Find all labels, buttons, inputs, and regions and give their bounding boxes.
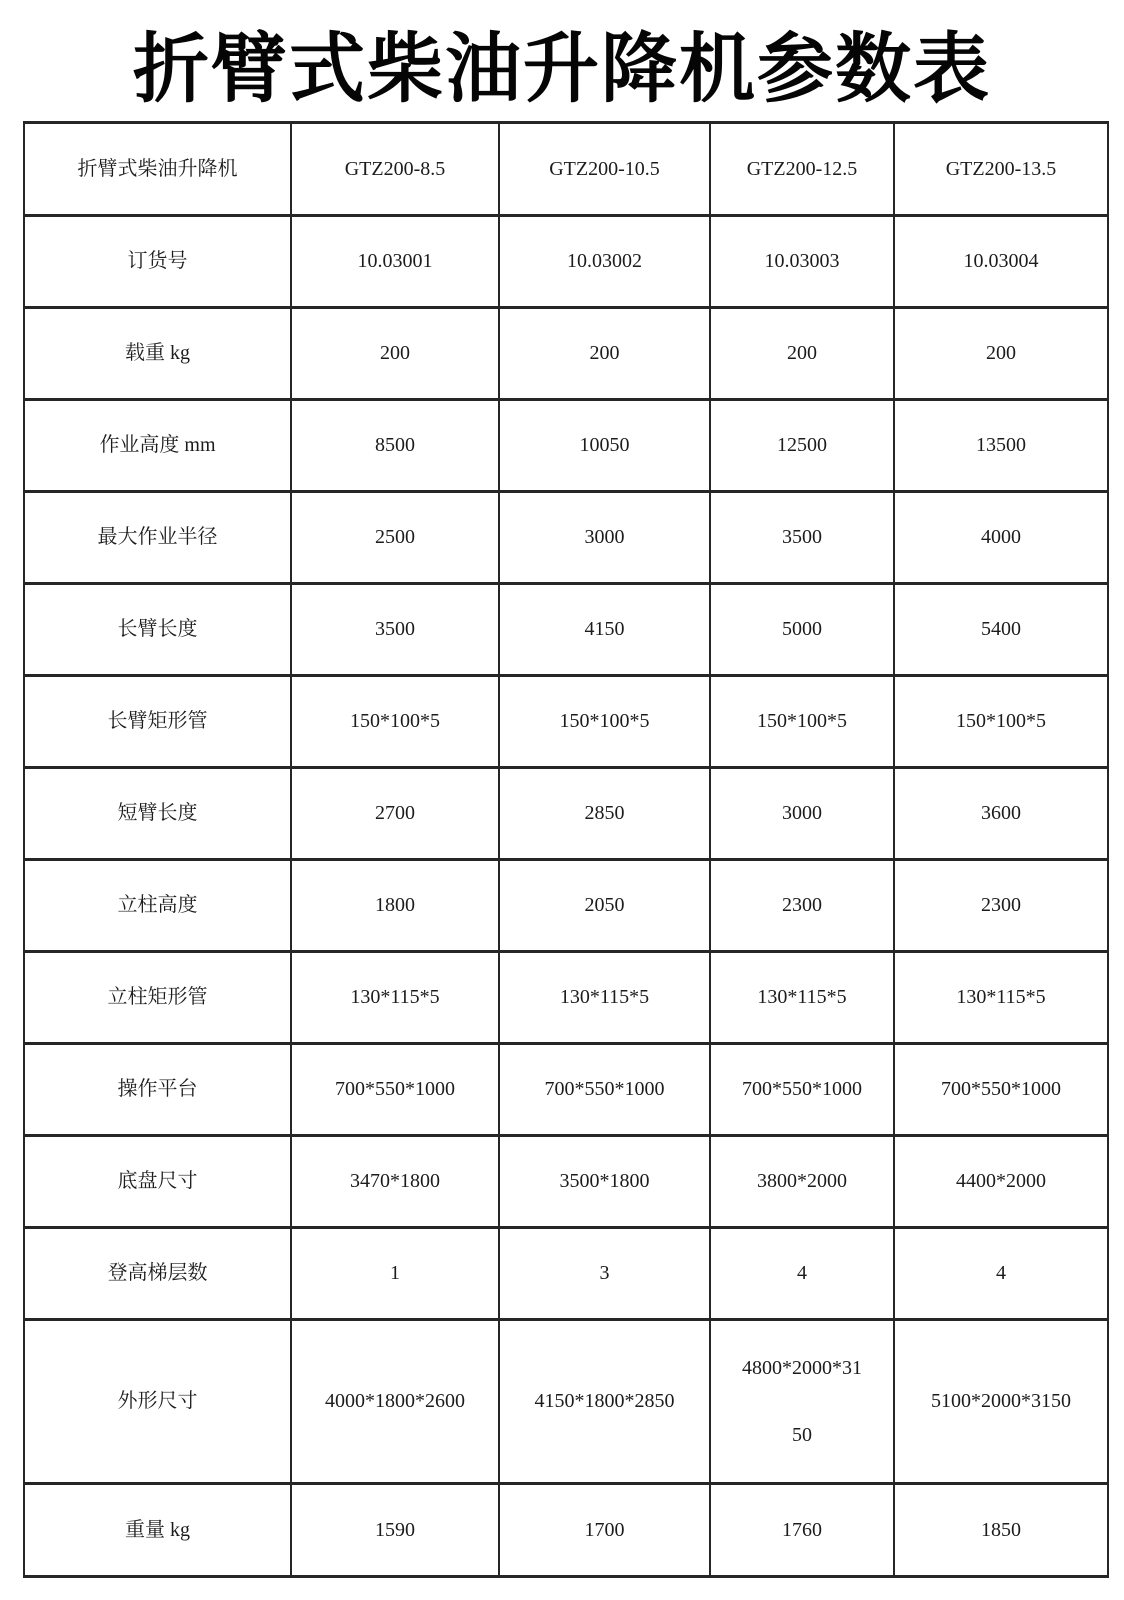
value-cell: 1590 <box>291 1484 499 1577</box>
row-label-cell: 最大作业半径 <box>24 492 291 584</box>
row-label-cell: 订货号 <box>24 216 291 308</box>
value-cell: 200 <box>710 308 894 400</box>
value-cell: 3800*2000 <box>710 1136 894 1228</box>
value-cell: 3500*1800 <box>499 1136 710 1228</box>
value-cell: 2850 <box>499 768 710 860</box>
value-cell: 150*100*5 <box>499 676 710 768</box>
product-name-cell: 折臂式柴油升降机 <box>24 123 291 216</box>
row-label-cell: 立柱高度 <box>24 860 291 952</box>
table-row: 立柱高度1800205023002300 <box>24 860 1108 952</box>
value-cell: 3000 <box>499 492 710 584</box>
table-row: 操作平台700*550*1000700*550*1000700*550*1000… <box>24 1044 1108 1136</box>
value-cell: 10.03003 <box>710 216 894 308</box>
value-cell: 3600 <box>894 768 1108 860</box>
row-label-cell: 短臂长度 <box>24 768 291 860</box>
table-row: 底盘尺寸3470*18003500*18003800*20004400*2000 <box>24 1136 1108 1228</box>
value-cell: 5100*2000*3150 <box>894 1320 1108 1484</box>
value-cell: 700*550*1000 <box>710 1044 894 1136</box>
value-cell: 1 <box>291 1228 499 1320</box>
value-cell: 3500 <box>291 584 499 676</box>
value-cell: 150*100*5 <box>894 676 1108 768</box>
model-header-cell: GTZ200-8.5 <box>291 123 499 216</box>
value-cell: 700*550*1000 <box>499 1044 710 1136</box>
value-cell: 10.03004 <box>894 216 1108 308</box>
model-header-cell: GTZ200-12.5 <box>710 123 894 216</box>
page: 折臂式柴油升降机参数表 折臂式柴油升降机GTZ200-8.5GTZ200-10.… <box>0 0 1124 1600</box>
value-cell: 4000*1800*2600 <box>291 1320 499 1484</box>
value-cell: 2700 <box>291 768 499 860</box>
row-label-cell: 重量 kg <box>24 1484 291 1577</box>
value-cell: 700*550*1000 <box>291 1044 499 1136</box>
value-cell: 1800 <box>291 860 499 952</box>
value-cell: 130*115*5 <box>894 952 1108 1044</box>
value-cell: 10.03001 <box>291 216 499 308</box>
row-label-cell: 载重 kg <box>24 308 291 400</box>
value-cell: 130*115*5 <box>499 952 710 1044</box>
value-cell: 150*100*5 <box>710 676 894 768</box>
model-header-cell: GTZ200-10.5 <box>499 123 710 216</box>
row-label-cell: 长臂矩形管 <box>24 676 291 768</box>
value-cell: 4150 <box>499 584 710 676</box>
value-cell: 3000 <box>710 768 894 860</box>
value-cell: 5400 <box>894 584 1108 676</box>
row-label-cell: 登高梯层数 <box>24 1228 291 1320</box>
value-cell: 2050 <box>499 860 710 952</box>
value-cell: 4400*2000 <box>894 1136 1108 1228</box>
row-label-cell: 长臂长度 <box>24 584 291 676</box>
table-row: 短臂长度2700285030003600 <box>24 768 1108 860</box>
value-cell: 2500 <box>291 492 499 584</box>
value-cell: 130*115*5 <box>710 952 894 1044</box>
table-row: 最大作业半径2500300035004000 <box>24 492 1108 584</box>
value-cell: 13500 <box>894 400 1108 492</box>
row-label-cell: 操作平台 <box>24 1044 291 1136</box>
table-row: 订货号10.0300110.0300210.0300310.03004 <box>24 216 1108 308</box>
row-label-cell: 底盘尺寸 <box>24 1136 291 1228</box>
value-cell: 1760 <box>710 1484 894 1577</box>
table-row: 长臂长度3500415050005400 <box>24 584 1108 676</box>
table-row: 重量 kg1590170017601850 <box>24 1484 1108 1577</box>
value-cell: 2300 <box>710 860 894 952</box>
value-cell: 4150*1800*2850 <box>499 1320 710 1484</box>
value-cell: 150*100*5 <box>291 676 499 768</box>
table-row: 立柱矩形管130*115*5130*115*5130*115*5130*115*… <box>24 952 1108 1044</box>
value-cell: 1850 <box>894 1484 1108 1577</box>
value-cell: 10050 <box>499 400 710 492</box>
value-cell: 200 <box>291 308 499 400</box>
table-row: 长臂矩形管150*100*5150*100*5150*100*5150*100*… <box>24 676 1108 768</box>
value-cell: 3470*1800 <box>291 1136 499 1228</box>
value-cell: 130*115*5 <box>291 952 499 1044</box>
value-cell: 12500 <box>710 400 894 492</box>
model-header-cell: GTZ200-13.5 <box>894 123 1108 216</box>
row-label-cell: 外形尺寸 <box>24 1320 291 1484</box>
table-header-row: 折臂式柴油升降机GTZ200-8.5GTZ200-10.5GTZ200-12.5… <box>24 123 1108 216</box>
value-cell: 3500 <box>710 492 894 584</box>
table-row: 载重 kg200200200200 <box>24 308 1108 400</box>
value-cell: 4 <box>710 1228 894 1320</box>
table-row: 登高梯层数1344 <box>24 1228 1108 1320</box>
value-cell: 700*550*1000 <box>894 1044 1108 1136</box>
value-cell: 4000 <box>894 492 1108 584</box>
value-cell: 3 <box>499 1228 710 1320</box>
value-cell: 200 <box>499 308 710 400</box>
value-cell: 4 <box>894 1228 1108 1320</box>
row-label-cell: 作业高度 mm <box>24 400 291 492</box>
page-title: 折臂式柴油升降机参数表 <box>0 0 1124 113</box>
value-cell: 1700 <box>499 1484 710 1577</box>
value-cell: 8500 <box>291 400 499 492</box>
row-label-cell: 立柱矩形管 <box>24 952 291 1044</box>
table-row: 外形尺寸4000*1800*26004150*1800*28504800*200… <box>24 1320 1108 1484</box>
table-row: 作业高度 mm8500100501250013500 <box>24 400 1108 492</box>
value-cell: 10.03002 <box>499 216 710 308</box>
value-cell: 5000 <box>710 584 894 676</box>
value-cell: 200 <box>894 308 1108 400</box>
value-cell: 4800*2000*3150 <box>710 1320 894 1484</box>
value-cell: 2300 <box>894 860 1108 952</box>
spec-table: 折臂式柴油升降机GTZ200-8.5GTZ200-10.5GTZ200-12.5… <box>23 121 1109 1578</box>
